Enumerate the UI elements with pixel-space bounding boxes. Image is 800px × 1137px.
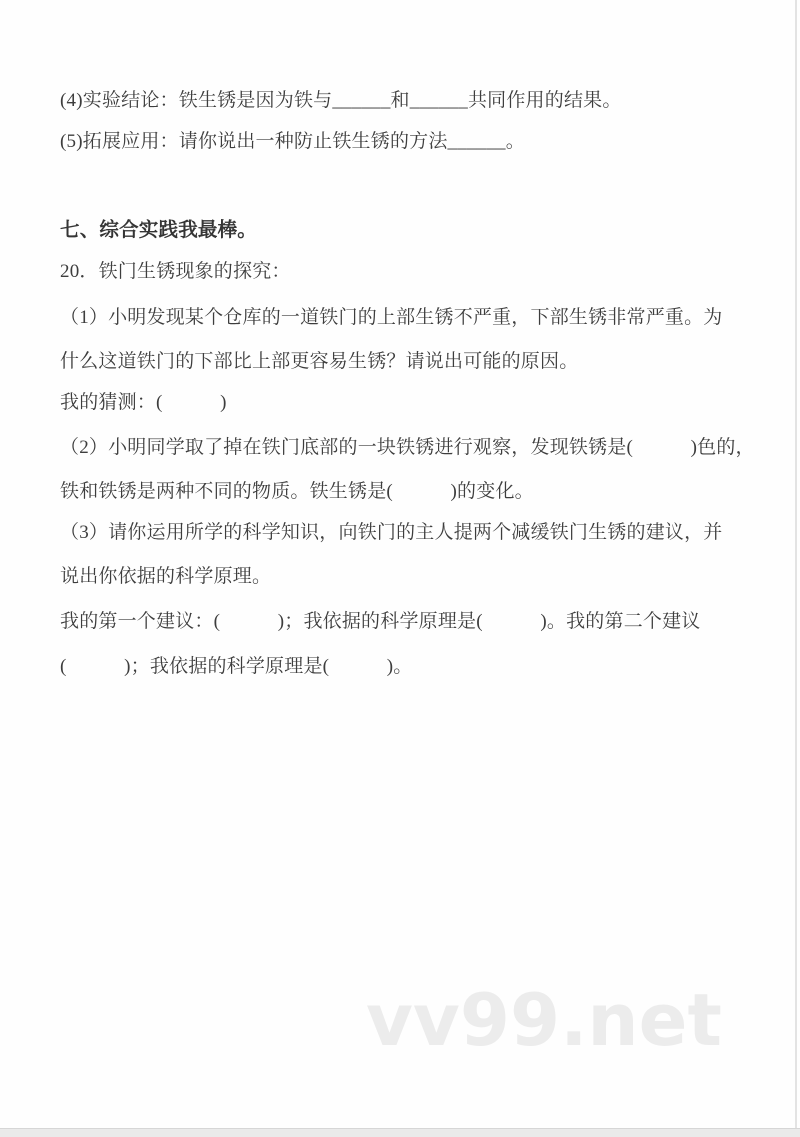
- question-20-part1-line2: 什么这道铁门的下部比上部更容易生锈？请说出可能的原因。: [60, 351, 578, 373]
- question-20-answer-line2: ( )；我依据的科学原理是( )。: [60, 656, 413, 678]
- question-20-part1-guess: 我的猜测：( ): [60, 392, 227, 414]
- question-20-title: 20．铁门生锈现象的探究：: [60, 261, 291, 283]
- page-bottom-edge-band: [0, 1128, 800, 1137]
- worksheet-page: (4)实验结论：铁生锈是因为铁与______和______共同作用的结果。 (5…: [0, 0, 800, 1137]
- question-20-part2-line1: （2）小明同学取了掉在铁门底部的一块铁锈进行观察，发现铁锈是( )色的，: [60, 437, 755, 459]
- watermark-text: vv99.net: [366, 984, 722, 1056]
- question-line-5-application: (5)拓展应用：请你说出一种防止铁生锈的方法______。: [60, 131, 525, 153]
- section-heading-seven: 七、综合实践我最棒。: [60, 219, 257, 241]
- page-right-edge-line: [795, 0, 797, 1129]
- question-20-part3-line1: （3）请你运用所学的科学知识，向铁门的主人提两个减缓铁门生锈的建议，并: [60, 522, 723, 544]
- question-20-part1-line1: （1）小明发现某个仓库的一道铁门的上部生锈不严重，下部生锈非常严重。为: [60, 307, 723, 329]
- question-20-part3-line2: 说出你依据的科学原理。: [60, 566, 271, 588]
- question-line-4-conclusion: (4)实验结论：铁生锈是因为铁与______和______共同作用的结果。: [60, 90, 622, 112]
- question-20-answer-line1: 我的第一个建议：( )；我依据的科学原理是( )。我的第二个建议: [60, 611, 701, 633]
- question-20-part2-line2: 铁和铁锈是两种不同的物质。铁生锈是( )的变化。: [60, 481, 534, 503]
